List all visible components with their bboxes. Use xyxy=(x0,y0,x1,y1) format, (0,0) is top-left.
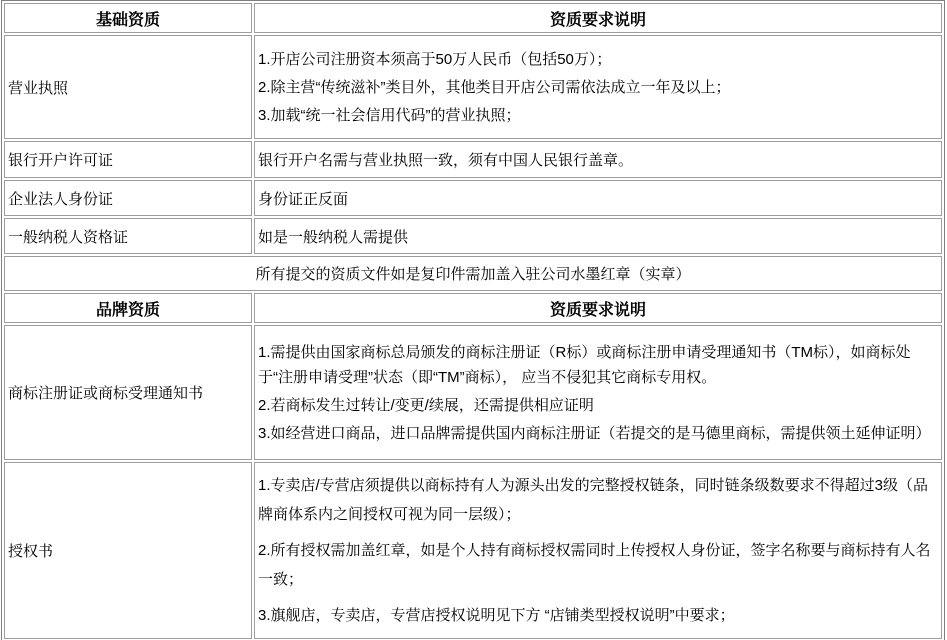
row-bank-account-permit: 银行开户许可证 银行开户名需与营业执照一致，须有中国人民银行盖章。 xyxy=(4,141,942,178)
row-general-taxpayer-cert: 一般纳税人资格证 如是一般纳税人需提供 xyxy=(4,218,942,254)
desc-line: 1.需提供由国家商标总局颁发的商标注册证（R标）或商标注册申请受理通知书（TM标… xyxy=(258,340,938,390)
basic-section-title: 基础资质 xyxy=(4,3,252,33)
brand-requirement-desc-header: 资质要求说明 xyxy=(254,293,942,323)
basic-section-header-row: 基础资质 资质要求说明 xyxy=(4,3,942,33)
desc-line: 3.加载“统一社会信用代码”的营业执照； xyxy=(258,106,938,125)
row-trademark-certificate: 商标注册证或商标受理通知书 1.需提供由国家商标总局颁发的商标注册证（R标）或商… xyxy=(4,325,942,460)
bank-account-permit-label: 银行开户许可证 xyxy=(4,141,252,178)
business-license-label: 营业执照 xyxy=(4,35,252,139)
desc-line: 身份证正反面 xyxy=(258,191,348,208)
qualification-requirements-page: 基础资质 资质要求说明 营业执照 1.开店公司注册资本须高于50万人民币（包括5… xyxy=(0,0,947,640)
desc-line: 1.专卖店/专营店须提供以商标持有人为源头出发的完整授权链条，同时链条级数要求不… xyxy=(258,471,938,529)
business-license-desc: 1.开店公司注册资本须高于50万人民币（包括50万）； 2.除主营“传统滋补”类… xyxy=(254,35,942,139)
brand-section-title: 品牌资质 xyxy=(4,293,252,323)
row-business-license: 营业执照 1.开店公司注册资本须高于50万人民币（包括50万）； 2.除主营“传… xyxy=(4,35,942,139)
qualification-table: 基础资质 资质要求说明 营业执照 1.开店公司注册资本须高于50万人民币（包括5… xyxy=(1,0,945,640)
bank-account-permit-desc: 银行开户名需与营业执照一致，须有中国人民银行盖章。 xyxy=(254,141,942,178)
desc-line: 2.除主营“传统滋补”类目外，其他类目开店公司需依法成立一年及以上； xyxy=(258,78,938,97)
row-legal-person-id: 企业法人身份证 身份证正反面 xyxy=(4,180,942,216)
desc-line: 如是一般纳税人需提供 xyxy=(258,229,408,246)
row-red-seal-note: 所有提交的资质文件如是复印件需加盖入驻公司水墨红章（实章） xyxy=(4,256,942,291)
general-taxpayer-cert-desc: 如是一般纳税人需提供 xyxy=(254,218,942,254)
desc-line: 1.开店公司注册资本须高于50万人民币（包括50万）； xyxy=(258,50,938,69)
trademark-certificate-desc: 1.需提供由国家商标总局颁发的商标注册证（R标）或商标注册申请受理通知书（TM标… xyxy=(254,325,942,460)
red-seal-note: 所有提交的资质文件如是复印件需加盖入驻公司水墨红章（实章） xyxy=(4,256,942,291)
desc-line: 银行开户名需与营业执照一致，须有中国人民银行盖章。 xyxy=(258,152,633,169)
desc-line: 3.旗舰店，专卖店，专营店授权说明见下方 “店铺类型授权说明”中要求； xyxy=(258,601,938,630)
authorization-letter-desc: 1.专卖店/专营店须提供以商标持有人为源头出发的完整授权链条，同时链条级数要求不… xyxy=(254,462,942,639)
general-taxpayer-cert-label: 一般纳税人资格证 xyxy=(4,218,252,254)
row-authorization-letter: 授权书 1.专卖店/专营店须提供以商标持有人为源头出发的完整授权链条，同时链条级… xyxy=(4,462,942,639)
desc-line: 3.如经营进口商品，进口品牌需提供国内商标注册证（若提交的是马德里商标，需提供领… xyxy=(258,421,938,446)
desc-line: 2.若商标发生过转让/变更/续展，还需提供相应证明 xyxy=(258,393,938,418)
legal-person-id-label: 企业法人身份证 xyxy=(4,180,252,216)
authorization-letter-label: 授权书 xyxy=(4,462,252,639)
legal-person-id-desc: 身份证正反面 xyxy=(254,180,942,216)
basic-requirement-desc-header: 资质要求说明 xyxy=(254,3,942,33)
trademark-certificate-label: 商标注册证或商标受理通知书 xyxy=(4,325,252,460)
brand-section-header-row: 品牌资质 资质要求说明 xyxy=(4,293,942,323)
desc-line: 2.所有授权需加盖红章，如是个人持有商标授权需同时上传授权人身份证，签字名称要与… xyxy=(258,536,938,594)
